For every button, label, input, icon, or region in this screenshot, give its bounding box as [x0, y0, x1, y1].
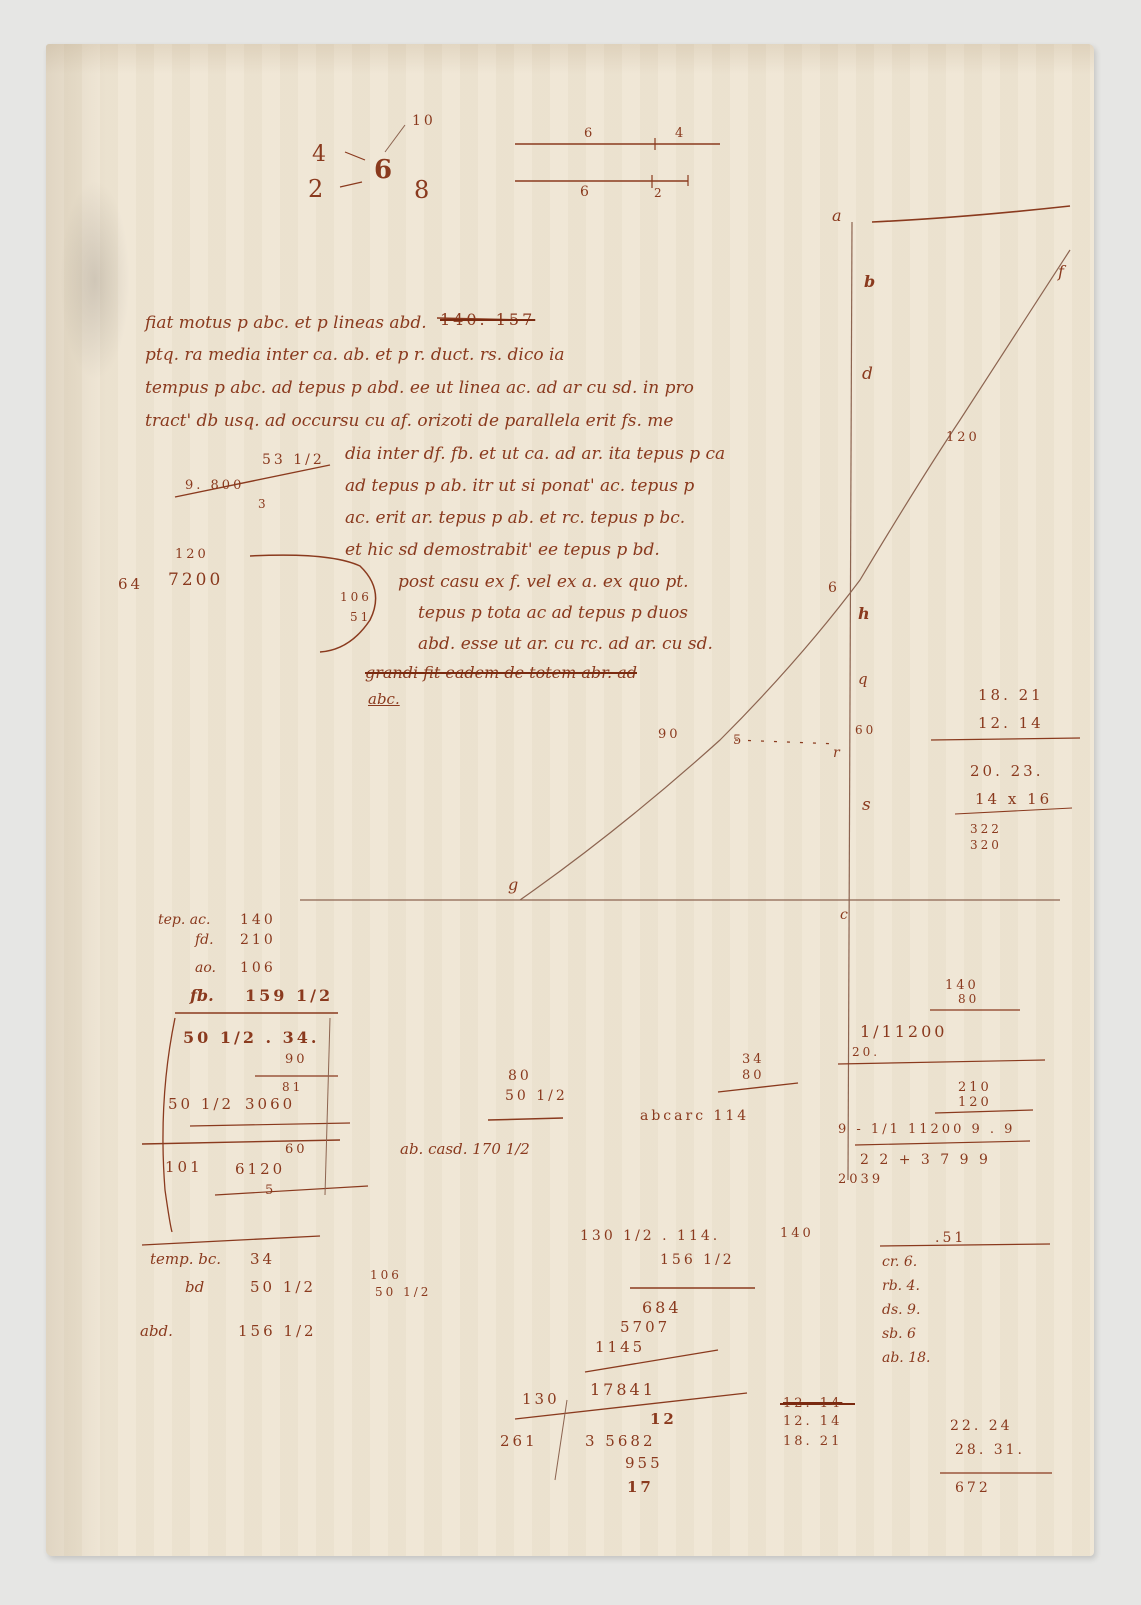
quotient-work: 17: [627, 1478, 654, 1496]
segment-label-6: 6: [584, 126, 595, 141]
bottom-right-row: ds. 9.: [882, 1302, 920, 1318]
text-line-3: tempus p abc. ad tepus p abd. ee ut line…: [145, 378, 694, 398]
point-a-label: a: [832, 206, 842, 225]
bottom-right-top: .51: [935, 1230, 966, 1246]
table-value: 140: [240, 912, 276, 928]
sketch-num-8: 8: [414, 176, 432, 204]
segment-label-2: 2: [654, 186, 665, 200]
table-value: 159 1/2: [245, 986, 333, 1005]
text-line-9: post casu ex f. vel ex a. ex quo pt.: [398, 572, 689, 592]
text-line-1: fiat motus p abc. et p lineas abd.: [145, 313, 427, 333]
bottom-mid-line: 5707: [620, 1318, 670, 1336]
bottom-right-calc: 22. 24: [950, 1418, 1013, 1434]
bottom-mid-line: 684: [642, 1298, 682, 1317]
segment-label-4: 4: [675, 126, 686, 141]
struck-number: 140. 157: [440, 310, 535, 329]
right-calc2-bottom-left: 2039: [838, 1172, 883, 1187]
bottom-right-calc: 672: [955, 1480, 991, 1496]
quotient-work: 3 5682: [585, 1432, 656, 1450]
mid-fraction: 50 1/2: [505, 1088, 568, 1104]
mid-calc-result: ab. casd. 170 1/2: [400, 1140, 530, 1158]
point-f-label: f: [1058, 262, 1064, 281]
bottom-left-label: abd.: [140, 1322, 173, 1340]
text-line-6: ad tepus p ab. itr ut si ponat' ac. tepu…: [345, 476, 694, 496]
num-6-label: 6: [828, 580, 840, 596]
bottom-left-value: 34: [250, 1250, 275, 1268]
text-line-2: ptq. ra media inter ca. ab. et p r. duct…: [145, 345, 565, 365]
abcarc-value: abcarc 114: [640, 1108, 749, 1124]
point-h-label: h: [858, 604, 870, 623]
text-line-8: et hic sd demostrabit' ee tepus p bd.: [345, 540, 660, 560]
table-cell: 50 1/2: [168, 1095, 234, 1113]
bottom-mid-line: 1145: [595, 1338, 645, 1356]
bottom-left-side: 50 1/2: [375, 1285, 431, 1299]
right-calc2-top: 140: [945, 978, 979, 993]
sketch-num-6: 6: [374, 155, 395, 185]
bottom-right-calc: 28. 31.: [955, 1442, 1025, 1458]
division-divisor: 130: [522, 1390, 560, 1408]
table-cell: 90: [285, 1052, 308, 1067]
right-calc-row: 20. 23.: [970, 762, 1043, 780]
right-calc2-top: 80: [958, 992, 979, 1006]
point-q-label: q: [858, 670, 868, 688]
segment-label-6b: 6: [580, 184, 592, 200]
struck-line: grandi fit eadem de totem abr. ad: [365, 663, 637, 682]
point-g-label: g: [508, 875, 518, 894]
bottom-right-row: sb. 6: [882, 1326, 916, 1342]
table-cell: 101: [165, 1158, 203, 1176]
right-calc2-bottom: 9 - 1/1 11200 9 . 9: [838, 1122, 1015, 1137]
point-s-label: s: [862, 795, 871, 815]
bottom-left-side: 106: [370, 1268, 402, 1282]
sketch-num-4: 4: [312, 142, 329, 167]
right-calc2-bottom: 2 2 + 3 7 9 9: [860, 1152, 991, 1168]
division-dividend: 17841: [590, 1380, 656, 1399]
right-calc2-division: 1/11200: [860, 1022, 947, 1041]
sum-top: 80: [742, 1068, 765, 1083]
table-cell: 6120: [235, 1160, 285, 1178]
right-calc2-left: 20.: [852, 1045, 880, 1059]
table-label: tep. ac.: [158, 912, 210, 928]
bracket-num-106: 106: [340, 590, 372, 604]
right-calc2-mid: 120: [958, 1095, 992, 1110]
under-3: 3: [258, 497, 269, 511]
division-dividend: 7200: [168, 570, 223, 590]
fraction-53: 53 1/2: [262, 452, 325, 468]
bottom-left-value: 50 1/2: [250, 1278, 316, 1296]
bracket-num-51: 51: [350, 610, 371, 624]
point-b-label: b: [864, 272, 875, 291]
point-r-label: r: [833, 745, 840, 761]
num-90-label: 90: [658, 727, 681, 742]
text-line-10: tepus p tota ac ad tepus p duos: [418, 603, 688, 623]
quotient-work: 12: [650, 1410, 677, 1428]
quotient-work: 955: [625, 1454, 663, 1472]
point-d-label: d: [862, 364, 873, 384]
right-calc-row: 18. 21: [978, 686, 1044, 704]
text-line-4: tract' db usq. ad occursu cu af. orizoti…: [145, 411, 673, 431]
sum-top: 34: [742, 1052, 765, 1067]
text-line-7: ac. erit ar. tepus p ab. et rc. tepus p …: [345, 508, 685, 528]
right-calc2-mid: 210: [958, 1080, 992, 1095]
bottom-mid-sub: 156 1/2: [660, 1252, 735, 1268]
bottom-right-row: ab. 18.: [882, 1350, 930, 1366]
num-120-label: 120: [946, 430, 980, 445]
num-60-label: 60: [855, 723, 876, 737]
table-cell: 3060: [245, 1095, 295, 1113]
struck-calc: 9. 800: [185, 478, 244, 493]
num-140: 140: [780, 1226, 814, 1241]
bottom-left-value: 156 1/2: [238, 1322, 317, 1340]
mid-right-row: 12. 14: [783, 1414, 842, 1429]
sketch-num-10: 10: [412, 113, 436, 129]
bottom-mid-left-num: 261: [500, 1432, 538, 1450]
table-cell: 50 1/2 . 34.: [183, 1028, 320, 1047]
struck-calc: 12. 14: [783, 1396, 842, 1411]
bottom-right-row: rb. 4.: [882, 1278, 920, 1294]
table-label: fd.: [195, 932, 214, 948]
table-label: ao.: [195, 960, 216, 976]
text-line-11: abd. esse ut ar. cu rc. ad ar. cu sd.: [418, 634, 713, 654]
struck-tail: abc.: [368, 690, 400, 708]
table-value: 106: [240, 960, 276, 976]
point-c-label: c: [840, 907, 848, 923]
mid-right-row: 18. 21: [783, 1434, 842, 1449]
table-cell: 81: [282, 1080, 303, 1094]
table-cell: 5: [265, 1183, 276, 1198]
bottom-left-label: bd: [185, 1278, 204, 1296]
label-5: 5: [733, 733, 744, 748]
table-cell: 60: [285, 1142, 308, 1157]
right-calc-row: 12. 14: [978, 714, 1044, 732]
bottom-mid-top: 130 1/2 . 114.: [580, 1228, 720, 1244]
right-calc-result: 320: [970, 838, 1002, 852]
table-value: 210: [240, 932, 276, 948]
sketch-num-2: 2: [308, 175, 326, 203]
bottom-right-row: cr. 6.: [882, 1254, 917, 1270]
division-top: 120: [175, 547, 209, 562]
bottom-left-label: temp. bc.: [150, 1250, 221, 1268]
division-divisor: 64: [118, 575, 143, 593]
geometric-diagram: [0, 0, 1141, 1605]
mid-fraction: 80: [508, 1068, 532, 1084]
right-calc-row: 14 x 16: [975, 790, 1052, 808]
right-calc-result: 322: [970, 822, 1002, 836]
table-label: fb.: [190, 986, 214, 1005]
text-line-5: dia inter df. fb. et ut ca. ad ar. ita t…: [345, 444, 725, 464]
